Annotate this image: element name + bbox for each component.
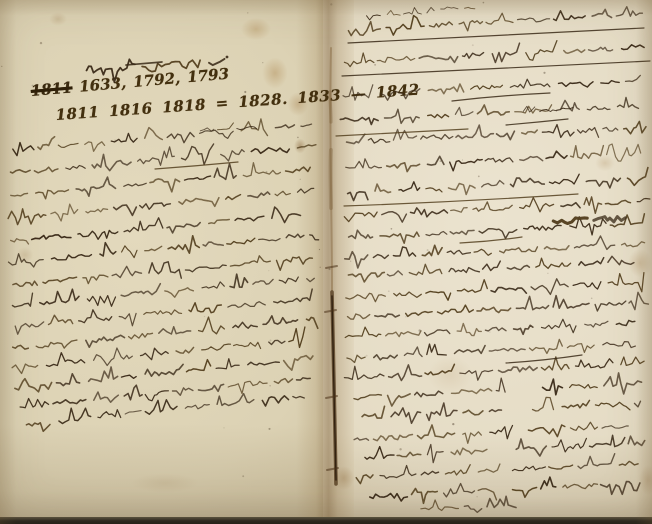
manuscript-photo: 18111633, 1792, 1793 1811 1816 1818 = 18… <box>0 0 652 524</box>
struck-year: 1811 <box>30 78 73 100</box>
photo-bottom-edge <box>0 517 652 524</box>
right-page <box>323 0 652 517</box>
